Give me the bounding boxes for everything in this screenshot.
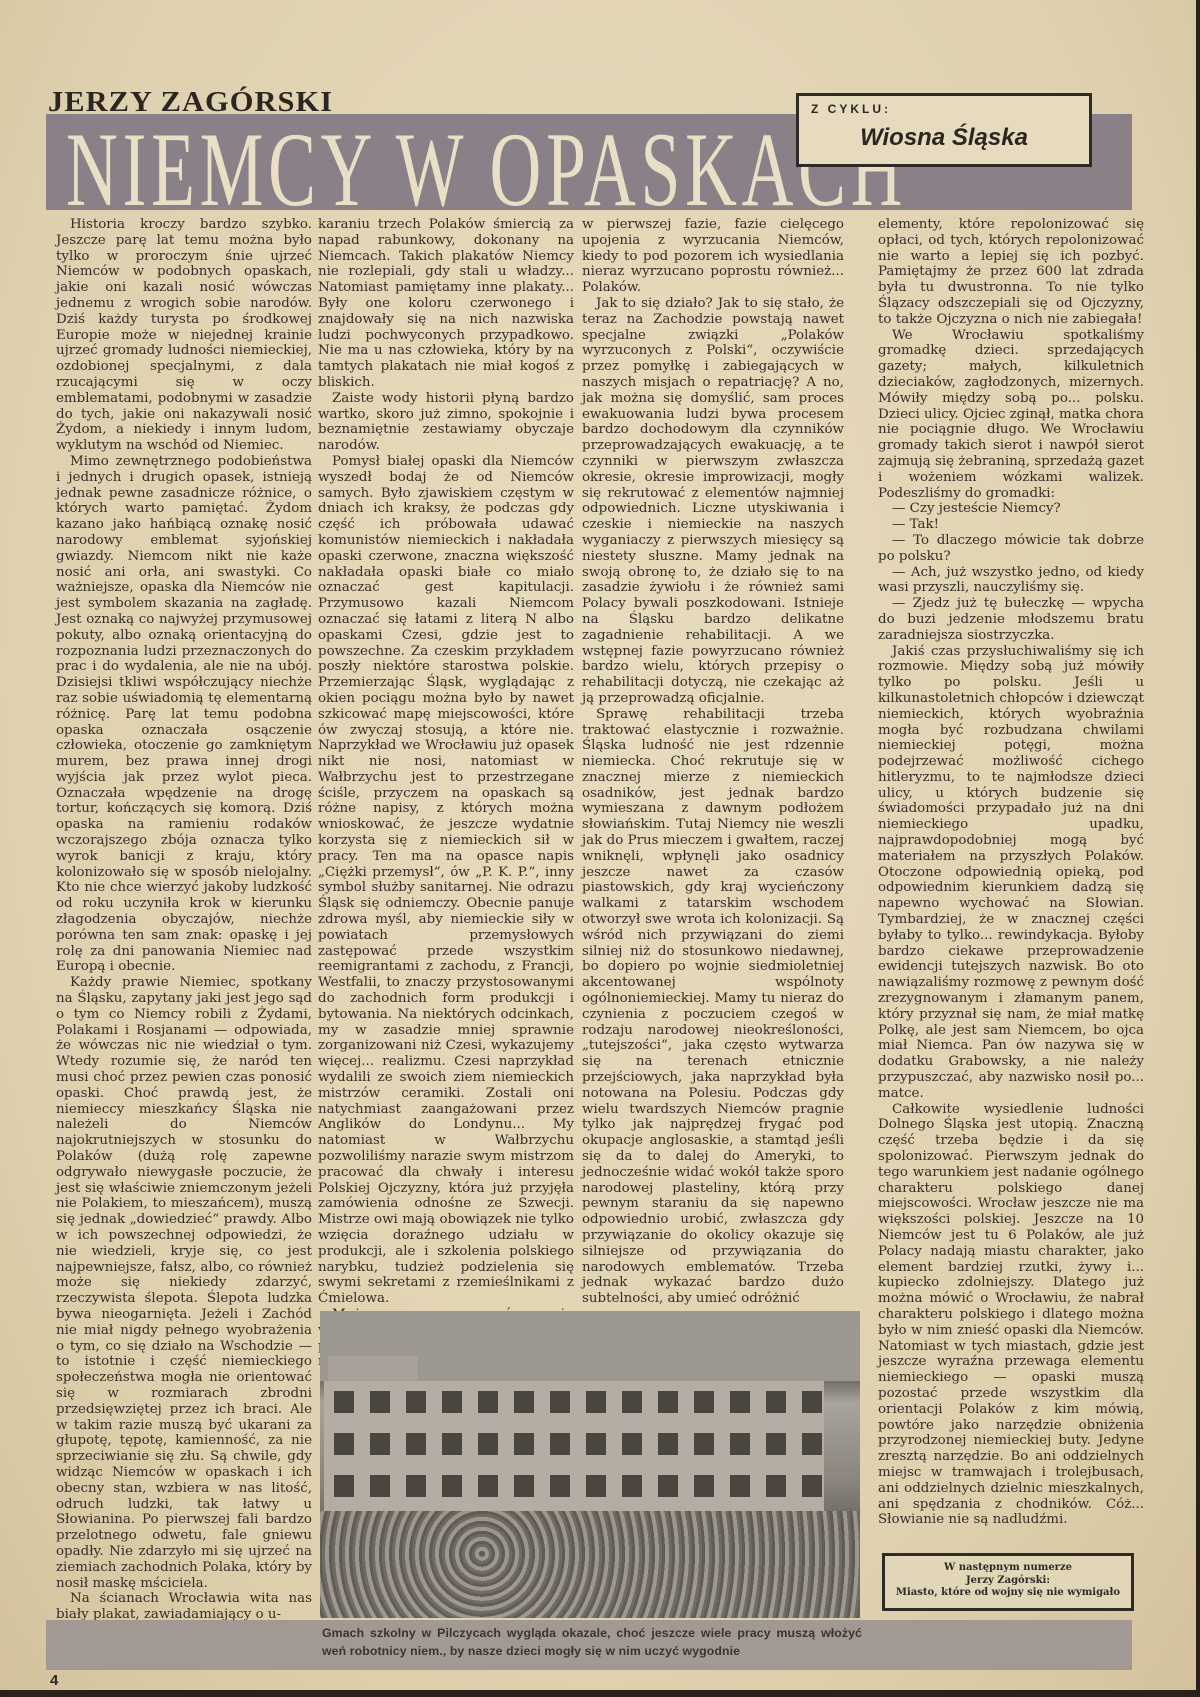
dialog-line: — Ach, już wszystko jedno, od kiedy wasi… (878, 565, 1144, 597)
paragraph: Na ścianach Wrocławia wita nas biały pla… (56, 1591, 312, 1623)
series-box: Z CYKLU: Wiosna Śląska (796, 93, 1092, 167)
photo-window-rows (324, 1381, 824, 1511)
paragraph: Jak to się działo? Jak to się stało, że … (582, 296, 844, 707)
paragraph: Historia kroczy bardzo szybko. Jeszcze p… (56, 217, 312, 454)
article-title: NIEMCY W OPASKACH (66, 114, 907, 224)
dialog-line: — Czy jesteście Niemcy? (878, 501, 1144, 517)
dialog-line: — Tak! (878, 517, 1144, 533)
paragraph: Jakiś czas przysłuchiwaliśmy się ich roz… (878, 644, 1144, 1102)
next-issue-box: W następnym numerze Jerzy Zagórski: Mias… (882, 1553, 1134, 1611)
paragraph: w pierwszej fazie, fazie cielęcego upoje… (582, 217, 844, 296)
article-column-2: karaniu trzech Polaków śmiercią za napad… (318, 217, 574, 1370)
dialog-line: — To dlaczego mówicie tak dobrze po pols… (878, 533, 1144, 565)
article-column-4: elementy, które repolonizować się opłaci… (878, 217, 1144, 1528)
next-issue-line-3: Miasto, które od wojny się nie wymigało (885, 1587, 1131, 1600)
next-issue-line-2: Jerzy Zagórski: (885, 1575, 1131, 1588)
paragraph: Zaiste wody historii płyną bardzo wartko… (318, 391, 574, 454)
series-name: Wiosna Śląska (799, 124, 1089, 152)
next-issue-line-1: W następnym numerze (885, 1562, 1131, 1575)
paragraph: Pomysł białej opaski dla Niemców wyszedł… (318, 454, 574, 1307)
paragraph: Mimo zewnętrznego podobieństwa i jednych… (56, 454, 312, 975)
dialog-line: — Zjedz już tę bułeczkę — wpycha do buzi… (878, 596, 1144, 643)
school-building-photo (320, 1311, 860, 1618)
article-column-1: Historia kroczy bardzo szybko. Jeszcze p… (56, 217, 312, 1623)
magazine-page: JERZY ZAGÓRSKI NIEMCY W OPASKACH Z CYKLU… (0, 0, 1196, 1690)
paragraph: Całkowite wysiedlenie ludności Dolnego Ś… (878, 1102, 1144, 1529)
series-label: Z CYKLU: (811, 102, 891, 116)
article-column-3: w pierwszej fazie, fazie cielęcego upoje… (582, 217, 844, 1307)
paragraph: Sprawę rehabilitacji trzeba traktować el… (582, 707, 844, 1307)
photo-rubble-ground (320, 1511, 860, 1618)
paragraph: elementy, które repolonizować się opłaci… (878, 217, 1144, 328)
page-number: 4 (50, 1672, 58, 1689)
paragraph: We Wrocławiu spotkaliśmy gromadkę dzieci… (878, 328, 1144, 502)
paragraph: Każdy prawie Niemiec, spotkany na Śląsku… (56, 975, 312, 1591)
photo-caption: Gmach szkolny w Pilczycach wygląda okaza… (322, 1624, 862, 1660)
paragraph: karaniu trzech Polaków śmiercią za napad… (318, 217, 574, 391)
